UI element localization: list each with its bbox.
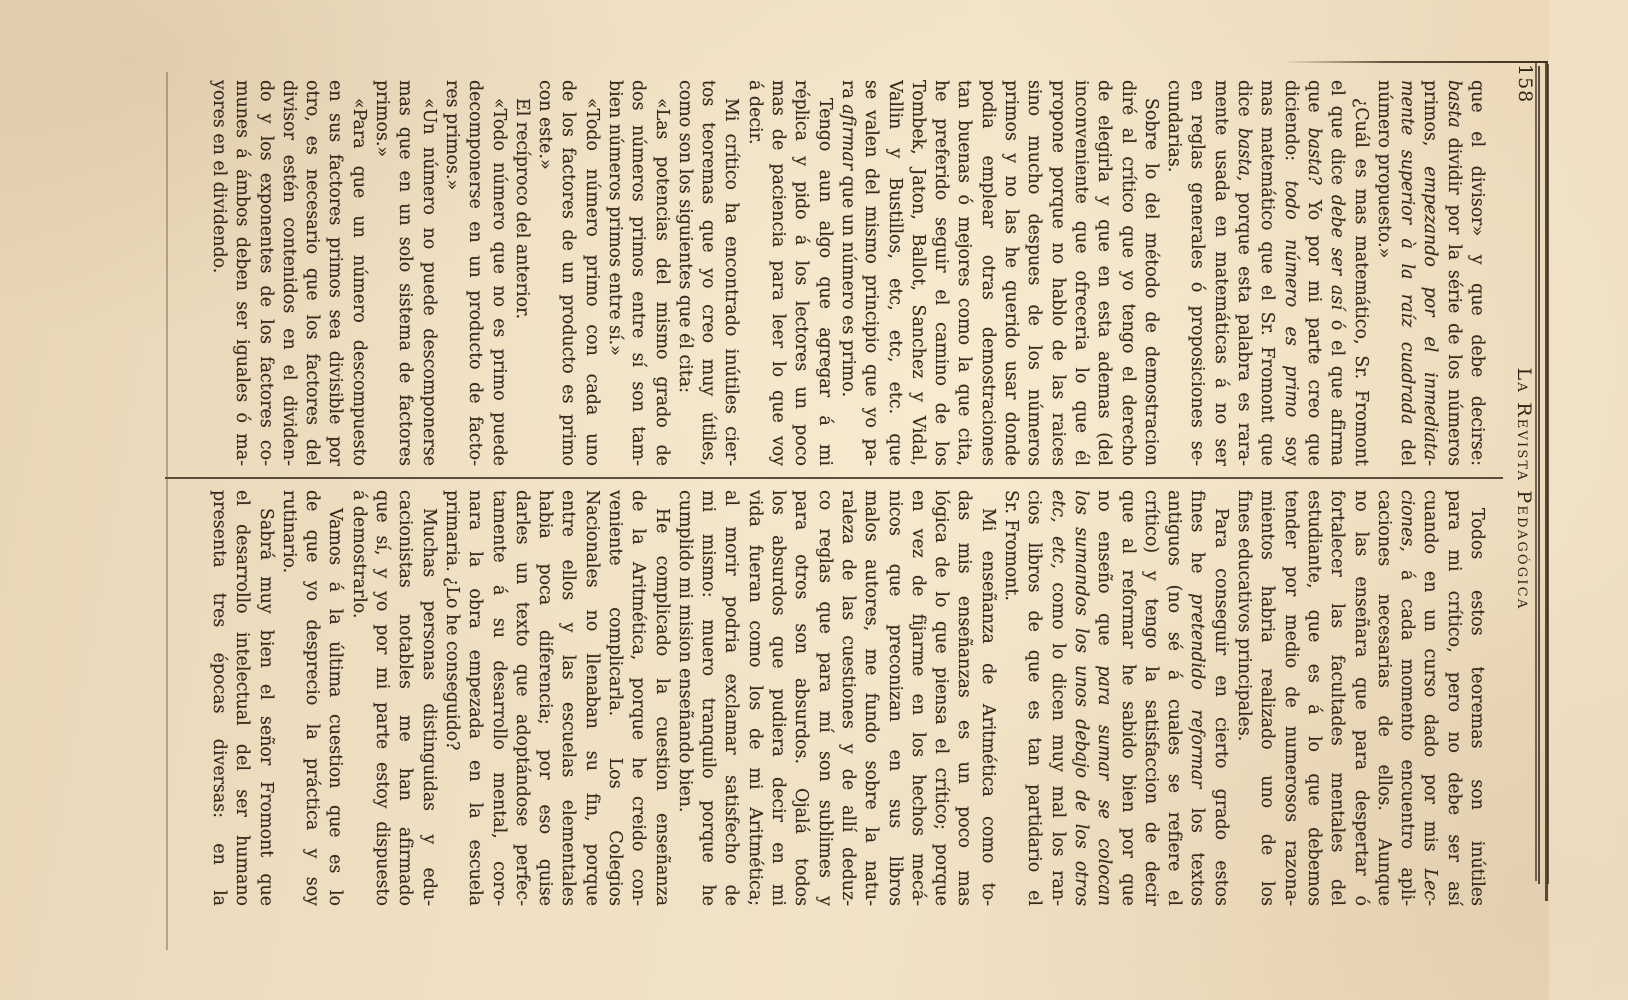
page-number: 158 [1514, 64, 1536, 103]
text-line: en vez de fijarme en los hechos mecá- [906, 490, 929, 906]
text-line: ciones, á cada momento encuentro apli- [1395, 490, 1418, 906]
text-line: lógica de lo que piensa el crítico; porq… [929, 490, 952, 906]
text-line: «Para que un número descompuesto [346, 80, 369, 466]
text-line: mente superior à la raíz cuadrada del [1395, 80, 1418, 466]
text-line: munes á ámbos deben ser iguales ó ma- [230, 80, 253, 466]
text-line: rutinario. [277, 490, 300, 906]
text-line: Sr. Fromont. [999, 490, 1022, 906]
text-line: Tombek, Jaton, Ballot, Sanchez y Vidal, [906, 80, 929, 466]
text-line: Sabrá muy bien el señor Fromont que [253, 490, 276, 906]
scanned-document-screenshot: { "page": { "number": "158", "journal_ti… [0, 0, 1628, 1000]
text-line: decomponerse en un producto de facto- [463, 80, 486, 466]
text-line: darles un texto que adoptándose perfec- [510, 490, 533, 906]
text-line: he preferido seguir el camino de los [929, 80, 952, 466]
text-line: en reglas generales ó proposiciones se- [1185, 80, 1208, 466]
text-line: sino mucho despues de los números [1022, 80, 1045, 466]
text-line: El recíproco del anterior. [510, 80, 533, 466]
text-line: el que dice debe ser así ó el que afirma [1325, 80, 1348, 466]
text-line: crítico) y tengo la satisfaccion de deci… [1139, 490, 1162, 906]
text-line: á demostrarlo. [346, 490, 369, 906]
text-column-left: que el divisor» y que debe decirse:basta… [207, 80, 1488, 466]
text-line: «Las potencias del mismo grado de [649, 80, 672, 466]
text-line: co reglas que para mí son sublimes y [812, 490, 835, 906]
text-line: primos.» [370, 80, 393, 466]
column-divider-rule [165, 477, 1503, 479]
text-line: habia poca diferencia; por eso quise [533, 490, 556, 906]
text-line: Mi enseñanza de Aritmética como to- [975, 490, 998, 906]
text-line: como son los siguientes que él cita: [673, 80, 696, 466]
text-line: estudiante, que es á lo que debemos [1302, 490, 1325, 906]
text-line: de que yo desprecio la práctica y soy [300, 490, 323, 906]
text-line: «Todo número primo con cada uno [579, 80, 602, 466]
text-line: para mi crítico, pero no debe ser así [1441, 490, 1464, 906]
text-line: para otros son absurdos. Ojalá todos [789, 490, 812, 906]
header-rule-inner [1538, 66, 1540, 884]
text-line: tamente á su desarrollo mental, coro- [486, 490, 509, 906]
journal-title: La Revista Pedagógica [1513, 338, 1535, 640]
text-line: basta dividir por la série de los número… [1441, 80, 1464, 466]
text-line: veniente complicarla. Los Colegios [603, 490, 626, 906]
text-line: Mi crítico ha encontrado inútiles cier- [719, 80, 742, 466]
text-line: etc, etc, como lo dicen muy mal los ran- [1045, 490, 1068, 906]
text-line: «Todo número que no es primo puede [486, 80, 509, 466]
text-line: antiguos (no sé á cuales se refiere el [1162, 490, 1185, 906]
text-line: de elegirla y que en esta ademas (del [1092, 80, 1115, 466]
text-line: cios libros de que es tan partidario el [1022, 490, 1045, 906]
text-line: que el divisor» y que debe decirse: [1465, 80, 1488, 466]
text-line: no las enseñara que para despertar ó [1348, 490, 1371, 906]
text-line: al morir podria exclamar satisfecho de [719, 490, 742, 906]
text-line: los absurdos que pudiera decir en mi [766, 490, 789, 906]
text-line: Nacionales no llenaban su fin, porque [579, 490, 602, 906]
text-line: á decir. [743, 80, 766, 466]
text-line: bien números primos entre sí.» [603, 80, 626, 466]
text-line: cuando en un curso dado por mis Lec- [1418, 490, 1441, 906]
text-line: divisor estén contenidos en el dividen- [277, 80, 300, 466]
text-line: entre ellos y las escuelas elementales [556, 490, 579, 906]
text-line: Para conseguir en cierto grado estos [1208, 490, 1231, 906]
text-line: cumplido mi mision enseñando bien. [673, 490, 696, 906]
text-line: nicos que preconizan en sus libros [882, 490, 905, 906]
text-line: tan buenas ó mejores como la que cita, [952, 80, 975, 466]
text-line: el desarrollo intelectual del ser humano [230, 490, 253, 906]
text-line: Todos estos teoremas son inútiles [1465, 490, 1488, 906]
text-line: primos, empezando por el inmediata- [1418, 80, 1441, 466]
text-line: He complicado la cuestion enseñanza [649, 490, 672, 906]
text-line: de los factores de un producto es primo [556, 80, 579, 466]
text-line: nara la obra empezada en la escuela [463, 490, 486, 906]
text-line: mas que en un solo sistema de factores [393, 80, 416, 466]
text-line: que al reformar he sabido bien por que [1115, 490, 1138, 906]
text-line: propone porque no hablo de las raices [1045, 80, 1068, 466]
text-line: mientos habria realizado uno de los [1255, 490, 1278, 906]
text-line: cundarias. [1162, 80, 1185, 466]
text-line: mas de paciencia para leer lo que voy [766, 80, 789, 466]
text-line: no enseño que para sumar se colocan [1092, 490, 1115, 906]
text-line: que sí, y yo por mi parte estoy dispuest… [370, 490, 393, 906]
text-line: malos autores, me fundo sobre la natu- [859, 490, 882, 906]
text-line: Vallin y Bustillos, etc, etc, etc. que [882, 80, 905, 466]
text-line: Tengo aun algo que agregar á mi [812, 80, 835, 466]
scanned-page: 158 La Revista Pedagógica que el divisor… [0, 0, 1628, 1000]
text-line: tos teoremas que yo creo muy útiles, [696, 80, 719, 466]
text-line: fortalecer las facultades mentales del [1325, 490, 1348, 906]
text-line: podia emplear otras demostraciones [975, 80, 998, 466]
text-line: dos números primos entre sí son tam- [626, 80, 649, 466]
text-line: raleza de las cuestiones y de allí deduz… [836, 490, 859, 906]
text-line: ¿Cuál es mas matemático, Sr. Fromont [1348, 80, 1371, 466]
text-line: caciones necesarias de ellos. Aunque [1372, 490, 1395, 906]
text-line: otro, es necesario que los factores del [300, 80, 323, 466]
text-line: fines he pretendido reformar los textos [1185, 490, 1208, 906]
text-line: cacionistas notables me han afirmado [393, 490, 416, 906]
text-line: número propuesto.» [1372, 80, 1395, 466]
text-line: ra afirmar que un número es primo. [836, 80, 859, 466]
text-line: res primos.» [440, 80, 463, 466]
text-line: inconveniente que ofreceria lo que él [1069, 80, 1092, 466]
text-line: primaria. ¿Lo he conseguido? [440, 490, 463, 906]
text-line: diré al crítico que yo tengo el derecho [1115, 80, 1138, 466]
text-line: primos y no las he querido usar donde [999, 80, 1022, 466]
text-line: de la Aritmética, porque he creido con- [626, 490, 649, 906]
text-line: dice basta, porque esta palabra es rara- [1232, 80, 1255, 466]
text-line: mi mismo: muero tranquilo porque he [696, 490, 719, 906]
text-line: vida fueran como los de mi Aritmética; [743, 490, 766, 906]
text-line: Sobre lo del método de demostracion [1139, 80, 1162, 466]
header-rule-outer [1547, 64, 1549, 884]
text-line: tender por medio de numerosos razona- [1278, 490, 1301, 906]
text-line: con este.» [533, 80, 556, 466]
text-line: réplica y pido á los lectores un poco [789, 80, 812, 466]
text-column-right: Todos estos teoremas son inútilespara mi… [207, 490, 1488, 906]
text-line: se valen del mismo principio que yo pa- [859, 80, 882, 466]
text-line: do y los exponentes de los factores co- [253, 80, 276, 466]
text-line: mas matemático que el Sr. Fromont que [1255, 80, 1278, 466]
text-line: Muchas personas distinguidas y edu- [416, 490, 439, 906]
text-line: en sus factores primos sea divisible por [323, 80, 346, 466]
text-line: das mis enseñanzas es un poco mas [952, 490, 975, 906]
text-line: los sumandos los unos debajo de los otro… [1069, 490, 1092, 906]
text-line: que basta? Yo por mi parte creo que [1302, 80, 1325, 466]
text-line: «Un número no puede descomponerse [416, 80, 439, 466]
text-line: presenta tres épocas diversas: en la [207, 490, 230, 906]
text-line: yores en el dividendo. [207, 80, 230, 466]
text-line: Vamos á la última cuestion que es lo [323, 490, 346, 906]
text-line: mente usada en matemáticas á no ser [1208, 80, 1231, 466]
text-line: fines educativos principales. [1232, 490, 1255, 906]
text-line: diciendo: todo número es primo soy [1278, 80, 1301, 466]
